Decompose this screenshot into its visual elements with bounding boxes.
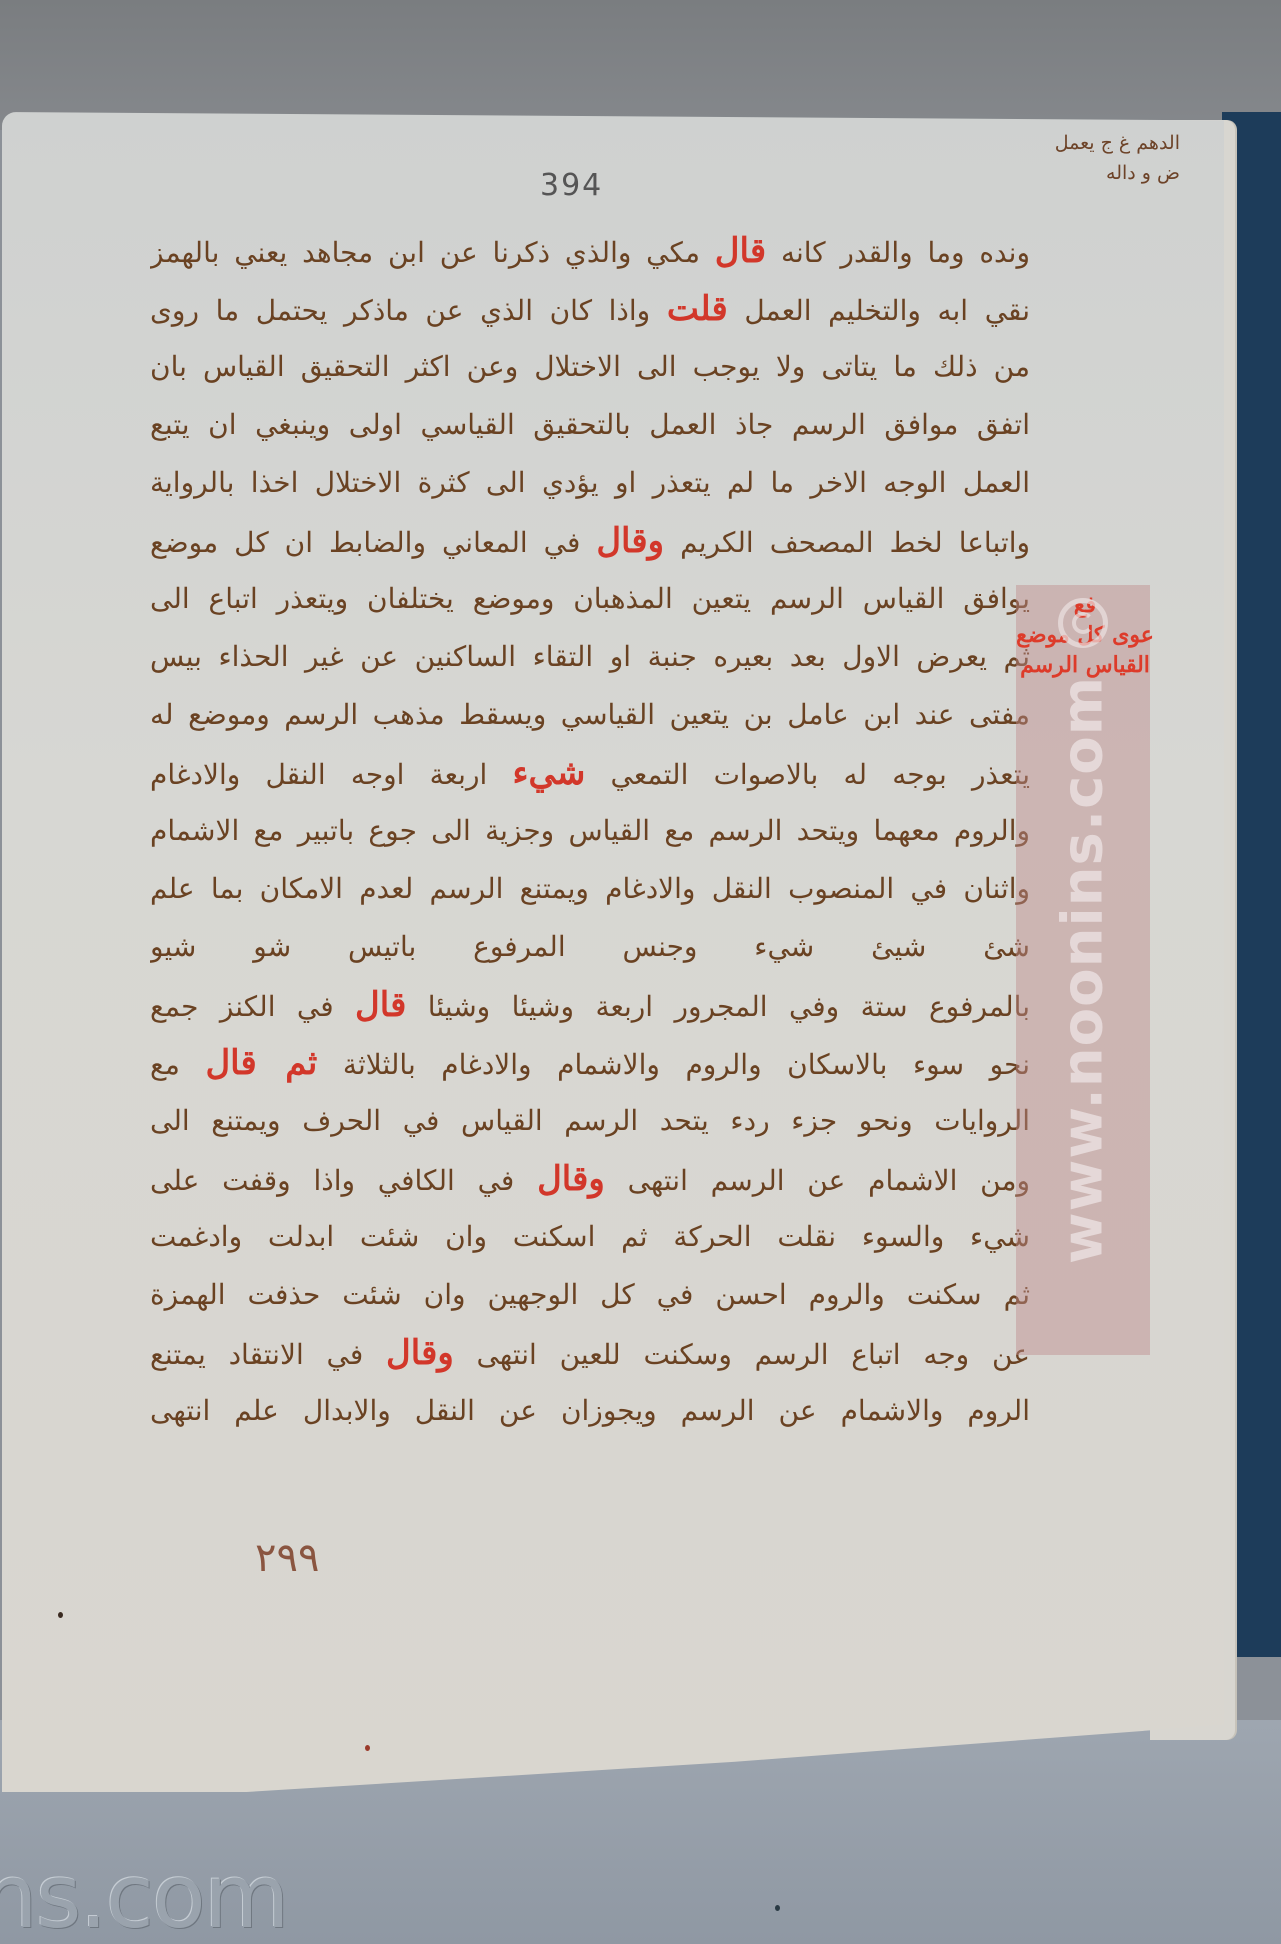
manuscript-line: يوافق القياس الرسم يتعين المذهبان وموضع … [150, 570, 1030, 628]
line-text: مع [150, 1048, 205, 1081]
line-text: من ذلك ما يتاتى ولا يوجب الى الاختلال وع… [150, 350, 1030, 383]
ink-speck [775, 1905, 780, 1911]
manuscript-line: الروم والاشمام عن الرسم ويجوزان عن النقل… [150, 1382, 1030, 1440]
manuscript-line: ثم سكنت والروم احسن في كل الوجهين وان شئ… [150, 1266, 1030, 1324]
rubric-word: وقال [596, 521, 664, 561]
corner-annotation-line: الدهم غ ج يعمل [1010, 128, 1180, 158]
manuscript-text-block: ونده وما والقدر كانه قال مكي والذي ذكرنا… [150, 222, 1030, 1440]
manuscript-line: واتباعا لخط المصحف الكريم وقال في المعان… [150, 512, 1030, 570]
rubric-word: قال [715, 231, 766, 271]
folio-mark: ٢٩٩ [255, 1535, 319, 1581]
line-text: في الكنز جمع [150, 990, 355, 1023]
line-text: اربعة اوجه النقل والادغام [150, 758, 513, 791]
manuscript-line: ومن الاشمام عن الرسم انتهى وقال في الكاف… [150, 1150, 1030, 1208]
manuscript-line: نحو سوء بالاسكان والروم والاشمام والادغا… [150, 1034, 1030, 1092]
line-text: والروم معهما ويتحد الرسم مع القياس وجزية… [150, 814, 1030, 847]
line-text: مكي والذي ذكرنا عن ابن مجاهد يعني بالهمز [150, 236, 715, 269]
rubric-word: قلت [667, 289, 728, 329]
line-text: في الكافي واذا وقفت على [150, 1164, 537, 1197]
manuscript-line: اتفق موافق الرسم جاذ العمل بالتحقيق القي… [150, 396, 1030, 454]
line-text: يتعذر بوجه له بالاصوات التمعي [585, 758, 1030, 791]
rubric-word: ثم قال [205, 1043, 317, 1083]
manuscript-line: ثم يعرض الاول بعد بعيره جنبة او التقاء ا… [150, 628, 1030, 686]
manuscript-line: عن وجه اتباع الرسم وسكنت للعين انتهى وقا… [150, 1324, 1030, 1382]
rubric-word: وقال [537, 1159, 605, 1199]
line-text: شئ شيئ شيء وجنس المرفوع باتيس شو شيو [150, 930, 1030, 963]
watermark-vertical-text: www.noonins.com [1051, 676, 1116, 1264]
line-text: اتفق موافق الرسم جاذ العمل بالتحقيق القي… [150, 408, 1030, 441]
line-text: الروايات ونحو جزء ردء يتحد الرسم القياس … [150, 1104, 1030, 1137]
manuscript-line: من ذلك ما يتاتى ولا يوجب الى الاختلال وع… [150, 338, 1030, 396]
line-text: ثم يعرض الاول بعد بعيره جنبة او التقاء ا… [150, 640, 1030, 673]
line-text: في المعاني والضابط ان كل موضع [150, 526, 596, 559]
line-text: العمل الوجه الاخر ما لم يتعذر او يؤدي ال… [150, 466, 1030, 499]
line-text: نحو سوء بالاسكان والروم والاشمام والادغا… [317, 1048, 1030, 1081]
ink-speck [365, 1745, 370, 1751]
manuscript-line: يتعذر بوجه له بالاصوات التمعي شيء اربعة … [150, 744, 1030, 802]
manuscript-line: شئ شيئ شيء وجنس المرفوع باتيس شو شيو [150, 918, 1030, 976]
rubric-word: وقال [386, 1333, 454, 1373]
line-text: ونده وما والقدر كانه [766, 236, 1030, 269]
corner-annotation: الدهم غ ج يعمل ض و داله [1010, 128, 1180, 188]
line-text: واتباعا لخط المصحف الكريم [664, 526, 1030, 559]
watermark-footer-text: ns.com [0, 1845, 288, 1944]
line-text: في الانتقاد يمتنع [150, 1338, 386, 1371]
copyright-icon [1058, 598, 1108, 648]
rubric-word: قال [355, 985, 406, 1025]
background-top [0, 0, 1281, 130]
manuscript-line: العمل الوجه الاخر ما لم يتعذر او يؤدي ال… [150, 454, 1030, 512]
line-text: واذا كان الذي عن ماذكر يحتمل ما روى [150, 294, 667, 327]
line-text: شيء والسوء نقلت الحركة ثم اسكنت وان شئت … [150, 1220, 1030, 1253]
manuscript-line: مفتى عند ابن عامل بن يتعين القياسي ويسقط… [150, 686, 1030, 744]
manuscript-line: شيء والسوء نقلت الحركة ثم اسكنت وان شئت … [150, 1208, 1030, 1266]
line-text: عن وجه اتباع الرسم وسكنت للعين انتهى [454, 1338, 1030, 1371]
rubric-word: شيء [513, 753, 586, 793]
line-text: نقي ابه والتخليم العمل [728, 294, 1030, 327]
manuscript-line: نقي ابه والتخليم العمل قلت واذا كان الذي… [150, 280, 1030, 338]
manuscript-line: ونده وما والقدر كانه قال مكي والذي ذكرنا… [150, 222, 1030, 280]
line-text: واثنان في المنصوب النقل والادغام ويمتنع … [150, 872, 1030, 905]
line-text: مفتى عند ابن عامل بن يتعين القياسي ويسقط… [150, 698, 1030, 731]
line-text: الروم والاشمام عن الرسم ويجوزان عن النقل… [150, 1394, 1030, 1427]
line-text: ثم سكنت والروم احسن في كل الوجهين وان شئ… [150, 1278, 1030, 1311]
manuscript-line: والروم معهما ويتحد الرسم مع القياس وجزية… [150, 802, 1030, 860]
manuscript-line: بالمرفوع ستة وفي المجرور اربعة وشيئا وشي… [150, 976, 1030, 1034]
line-text: ومن الاشمام عن الرسم انتهى [605, 1164, 1030, 1197]
corner-annotation-line: ض و داله [1010, 158, 1180, 188]
line-text: بالمرفوع ستة وفي المجرور اربعة وشيئا وشي… [406, 990, 1030, 1023]
manuscript-line: واثنان في المنصوب النقل والادغام ويمتنع … [150, 860, 1030, 918]
manuscript-line: الروايات ونحو جزء ردء يتحد الرسم القياس … [150, 1092, 1030, 1150]
ink-speck [58, 1612, 63, 1618]
line-text: يوافق القياس الرسم يتعين المذهبان وموضع … [150, 582, 1030, 615]
page-number: 394 [540, 168, 603, 203]
